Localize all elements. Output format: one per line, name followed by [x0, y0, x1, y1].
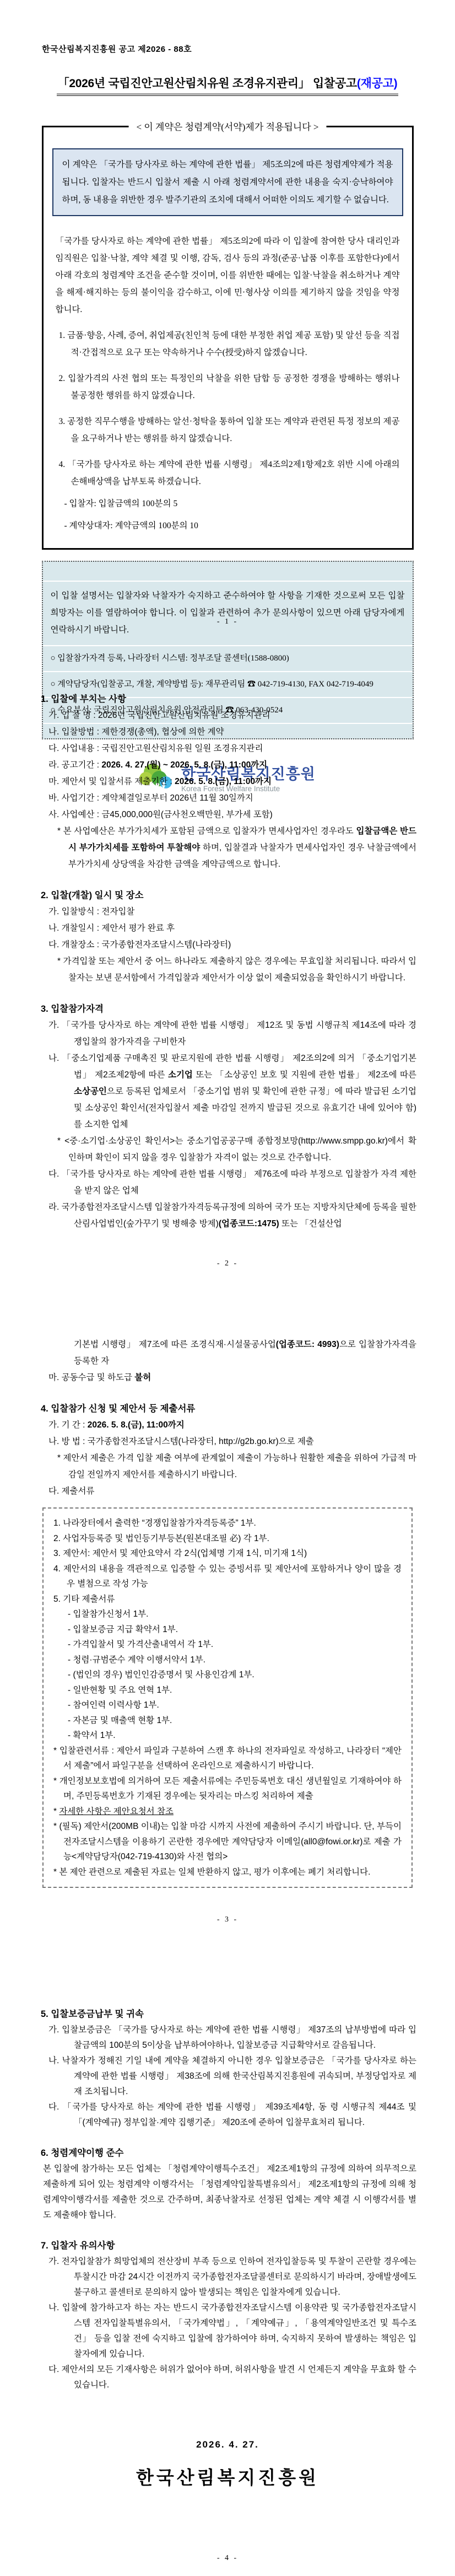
s1-item-period: 라. 공고기간 : 2026. 4. 27.(월) ~ 2026. 5. 8.(… [48, 757, 416, 774]
page-4: 5. 입찰보증금납부 및 귀속 가. 입찰보증금은 「국가를 당사자로 하는 계… [0, 1979, 455, 2576]
docs-sub-6: - 일반현황 및 주요 연혁 1부. [68, 1683, 402, 1698]
docs-item-4: 4. 제안서의 내용을 객관적으로 입증할 수 있는 증빙서류 및 제안서에 포… [53, 1561, 402, 1592]
page2-top-spacer [0, 684, 455, 691]
docs-note-5: * 본 제안 관련으로 제출된 자료는 일체 반환하지 않고, 평가 이후에는 … [53, 1865, 402, 1880]
s4-note: * 제안서 제출은 가격 입찰 제출 여부에 관계없이 제출이 가능하나 원활한… [57, 1450, 416, 1483]
s1-item-content: 다. 사업내용 : 국립진안고원산림치유원 일원 조경유지관리 [48, 740, 416, 757]
page-number-2: - 2 - [0, 1259, 455, 1268]
pledge-paragraph: 「국가를 당사자로 하는 계약에 관한 법률」 제5조의2에 따라 이 입찰에 … [56, 233, 400, 318]
contact-box-spacer [43, 562, 413, 581]
docs-item-1: 1. 나라장터에서 출력한 “경쟁입찰참가자격등록증” 1부. [53, 1516, 402, 1531]
s2-item-bid-type: 가. 입찰방식 : 전자입찰 [48, 904, 416, 920]
section7-heading: 7. 입찰자 유의사항 [41, 2237, 455, 2254]
s4-item-period: 가. 기 간 : 2026. 5. 8.(금), 11:00까지 [48, 1417, 416, 1434]
s5-item-b: 나. 낙찰자가 정해진 기일 내에 계약을 체결하지 아니한 경우 입찰보증금은… [48, 2053, 416, 2100]
section3-heading: 3. 입찰참가자격 [41, 1001, 455, 1017]
section5-heading: 5. 입찰보증금납부 및 귀속 [41, 2006, 455, 2022]
contact-row-registration: ○ 입찰참가자격 등록, 나라장터 시스템: 정부조달 콜센터(1588-080… [43, 645, 413, 671]
pledge-item-4: 4. 「국가를 당사자로 하는 계약에 관한 법률 시행령」 제4조의2제1항제… [59, 456, 400, 490]
s3-item-d-continuation: 기본법 시행령」 제7조에 따른 조경식재·시설물공사업(업종코드: 4993)… [74, 1337, 416, 1370]
s6-paragraph: 본 입찰에 참가하는 모든 업체는 「청렴계약이행특수조건」 제2조제1항의 규… [43, 2161, 416, 2223]
s3-item-a: 가. 「국가를 당사자로 하는 계약에 관한 법률 시행령」 제12조 및 동법… [48, 1017, 416, 1050]
docs-item-3: 3. 제안서: 제안서 및 제안요약서 각 2식(업체명 기재 1식, 미기재 … [53, 1546, 402, 1561]
damage-line-bidder: - 입찰자: 입찰금액의 100분의 5 [64, 496, 403, 512]
docs-sub-3: - 가격입찰서 및 가격산출내역서 각 1부. [68, 1637, 402, 1652]
page-2: 1. 입찰에 부치는 사항 가. 입 찰 명 : 2026년 국립진안고원산림치… [0, 684, 455, 1334]
page-title: 「2026년 국립진안고원산림치유원 조경유지관리」 입찰공고(재공고) [57, 74, 399, 96]
submission-docs-box: 1. 나라장터에서 출력한 “경쟁입찰참가자격등록증” 1부. 2. 사업자등록… [42, 1507, 413, 1888]
s5-item-c: 다. 「국가를 당사자로 하는 계약에 관한 법률 시행령」 제39조제4항, … [48, 2100, 416, 2130]
s1-item-deadline: 마. 제안서 및 입찰서류 제출기한 : 2026. 5. 8.(금), 11:… [48, 774, 416, 790]
integrity-notice-panel: 이 계약은 「국가를 당사자로 하는 계약에 관한 법률」 제5조의2에 따른 … [52, 148, 403, 216]
title-row: 「2026년 국립진안고원산림치유원 조경유지관리」 입찰공고(재공고) [0, 74, 455, 96]
s2-item-opening-place: 다. 개찰장소 : 국가종합전자조달시스템(나라장터) [48, 937, 416, 953]
docs-sub-1: - 입찰참가신청서 1부. [68, 1607, 402, 1622]
docs-note-2: * 개인정보보호법에 의거하여 모든 제출서류에는 주민등록번호 대신 생년월일… [53, 1774, 402, 1804]
docs-item-5: 5. 기타 제출서류 [53, 1592, 402, 1607]
docs-item-2: 2. 사업자등록증 및 법인등기부등본(원본대조필 必) 각 1부. [53, 1531, 402, 1547]
docs-note-1: * 입찰관련서류 : 제안서 파일과 구분하여 스캔 후 하나의 전자파일로 작… [53, 1743, 402, 1774]
s3-item-e: 마. 공동수급 및 하도급 불허 [48, 1370, 416, 1386]
s5-item-a: 가. 입찰보증금은 「국가를 당사자로 하는 계약에 관한 법률 시행령」 제3… [48, 2022, 416, 2053]
s1-budget-note: * 본 사업예산은 부가가치세가 포함된 금액으로 입찰자가 면세사업자인 경우… [57, 823, 416, 873]
docs-sub-9: - 확약서 1부. [68, 1728, 402, 1743]
renotice-badge: (재공고) [357, 77, 397, 90]
contact-intro: 이 입찰 설명서는 입찰자와 낙찰자가 숙지하고 준수하여야 할 사항을 기재한… [43, 581, 413, 645]
announcement-date: 2026. 4. 27. [0, 2439, 455, 2450]
damage-line-contractor: - 계약상대자: 계약금액의 100분의 10 [64, 518, 403, 534]
docs-sub-4: - 청렴·규범준수 계약 이행서약서 1부. [68, 1652, 402, 1668]
section1-heading: 1. 입찰에 부치는 사항 [41, 691, 455, 707]
s4-item-docs: 다. 제출서류 [48, 1483, 416, 1500]
issuing-org-name: 한국산림복지진흥원 [0, 2464, 455, 2489]
page-number-1: - 1 - [0, 618, 455, 626]
docs-sub-8: - 자본금 및 매출액 현황 1부. [68, 1713, 402, 1729]
s2-item-opening-date: 나. 개찰일시 : 제안서 평가 완료 후 [48, 920, 416, 937]
page-3: 기본법 시행령」 제7조에 따른 조경식재·시설물공사업(업종코드: 4993)… [0, 1334, 455, 1979]
s1-item-method: 나. 입찰방법 : 제한경쟁(총액), 협상에 의한 계약 [48, 724, 416, 740]
docs-note-3: * 자세한 사항은 제안요청서 참조 [53, 1804, 402, 1820]
docs-note-4: * (필독) 제안서(200MB 이내)는 입찰 마감 시까지 사전에 제출하여… [53, 1819, 402, 1865]
section6-heading: 6. 청렴계약이행 준수 [41, 2145, 455, 2161]
bid-announcement-document: 한국산림복지진흥원 공고 제2026 - 88호 「2026년 국립진안고원산림… [0, 0, 455, 2576]
pledge-item-3: 3. 공정한 직무수행을 방해하는 알선·청탁을 통하여 입찰 또는 계약과 관… [59, 413, 400, 447]
page-number-4: - 4 - [0, 2554, 455, 2563]
s1-item-duration: 바. 사업기간 : 계약체결일로부터 2026년 11월 30일까지 [48, 790, 416, 807]
integrity-legend: < 이 계약은 청렴계약(서약)제가 적용됩니다 > [129, 119, 327, 133]
s4-item-method: 나. 방 법 : 국가종합전자조달시스템(나라장터, http://g2b.go… [48, 1434, 416, 1450]
s3-item-d: 라. 국가종합전자조달시스템 입찰참가자격등록규정에 의하여 국가 또는 지방자… [48, 1199, 416, 1232]
s3-item-b: 나. 「중소기업제품 구매촉진 및 판로지원에 관한 법률 시행령」 제2조의2… [48, 1050, 416, 1133]
s1-item-name: 가. 입 찰 명 : 2026년 국립진안고원산림치유원 조경유지관리 [48, 707, 416, 724]
pledge-item-1: 1. 금품·향응, 사례, 증여, 취업제공(친인척 등에 대한 부정한 취업 … [59, 327, 400, 361]
page-1: 한국산림복지진흥원 공고 제2026 - 88호 「2026년 국립진안고원산림… [0, 0, 455, 684]
docs-sub-7: - 참여인력 이력사항 1부. [68, 1698, 402, 1713]
integrity-contract-box: < 이 계약은 청렴계약(서약)제가 적용됩니다 > 이 계약은 「국가를 당사… [42, 126, 414, 550]
notice-number: 한국산림복지진흥원 공고 제2026 - 88호 [42, 0, 455, 55]
docs-sub-2: - 입찰보증금 지급 확약서 1부. [68, 1622, 402, 1638]
s2-note: * 가격입찰 또는 제안서 중 어느 하나라도 제출하지 않은 경우에는 무효입… [57, 953, 416, 986]
docs-sub-5: - (법인의 경우) 법인인감증명서 및 사용인감계 1부. [68, 1667, 402, 1683]
page-title-main: 「2026년 국립진안고원산림치유원 조경유지관리」 입찰공고 [58, 77, 357, 90]
section4-heading: 4. 입찰참가 신청 및 제안서 등 제출서류 [41, 1400, 455, 1417]
s1-item-budget: 사. 사업예산 : 금45,000,000원(금사천오백만원, 부가세 포함) [48, 807, 416, 823]
section2-heading: 2. 입찰(개찰) 일시 및 장소 [41, 887, 455, 904]
s7-item-c: 다. 제안서의 모든 기재사항은 허위가 없어야 하며, 허위사항을 발견 시 … [48, 2362, 416, 2393]
s7-item-a: 가. 전자입찰참가 희망업체의 전산장비 부족 등으로 인하여 전자입찰등록 및… [48, 2254, 416, 2300]
s7-item-b: 나. 입찰에 참가하고자 하는 자는 반드시 국가종합전자조달시스템 이용약관 … [48, 2300, 416, 2362]
s3-note: * <중·소기업·소상공인 확인서>는 중소기업공공구매 종합정보망(http:… [57, 1133, 416, 1166]
pledge-item-2: 2. 입찰가격의 사전 협의 또는 특정인의 낙찰을 위한 담합 등 공정한 경… [59, 370, 400, 404]
s3-item-c: 다. 「국가를 당사자로 하는 계약에 관한 법률 시행령」 제76조에 따라 … [48, 1166, 416, 1199]
page-number-3: - 3 - [0, 1915, 455, 1924]
